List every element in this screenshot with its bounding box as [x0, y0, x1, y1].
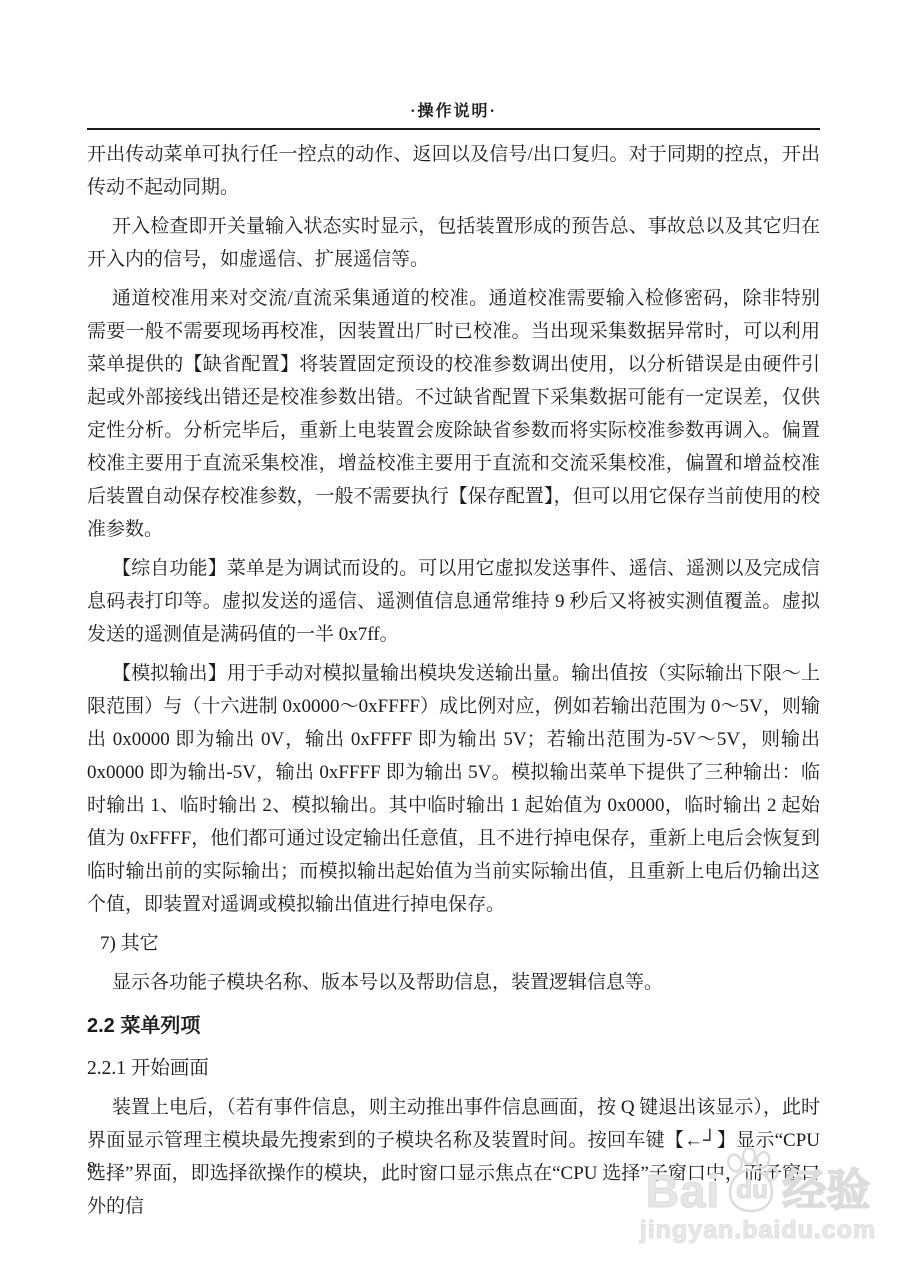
page-content: ·操作说明· 开出传动菜单可执行任一控点的动作、返回以及信号/出口复归。对于同期… [87, 98, 820, 1223]
watermark-url: jingyan.baidu.com [638, 1216, 878, 1245]
paragraph-continuation: 开出传动菜单可执行任一控点的动作、返回以及信号/出口复归。对于同期的控点，开出传… [87, 138, 820, 204]
page-header-title: ·操作说明· [87, 98, 820, 130]
document-page: ·操作说明· 开出传动菜单可执行任一控点的动作、返回以及信号/出口复归。对于同期… [0, 0, 904, 1280]
document-body: 开出传动菜单可执行任一控点的动作、返回以及信号/出口复归。对于同期的控点，开出传… [87, 138, 820, 1223]
page-number: 8 [87, 1158, 96, 1178]
paragraph-analog-output: 【模拟输出】用于手动对模拟量输出模块发送输出量。输出值按（实际输出下限～上限范围… [87, 657, 820, 921]
baidu-paw-icon: du [722, 1148, 780, 1214]
paragraph-kairu-check: 开入检查即开关量输入状态实时显示，包括装置形成的预告总、事故总以及其它归在开入内… [87, 210, 820, 276]
section-heading-2-2-1: 2.2.1 开始画面 [87, 1052, 820, 1085]
baidu-jingyan-watermark: Bai du 经验 jingyan.baidu.com [638, 1148, 878, 1245]
paragraph-channel-calibration: 通道校准用来对交流/直流采集通道的校准。通道校准需要输入检修密码，除非特别需要一… [87, 282, 820, 546]
paragraph-zongzi-function: 【综自功能】菜单是为调试而设的。可以用它虚拟发送事件、遥信、遥测以及完成信息码表… [87, 552, 820, 651]
watermark-text-jingyan: 经验 [782, 1168, 870, 1214]
list-item-7-other: 7) 其它 [87, 927, 820, 960]
watermark-text-bai: Bai [646, 1168, 721, 1214]
watermark-text-du: du [736, 1174, 768, 1205]
paragraph-other-description: 显示各功能子模块名称、版本号以及帮助信息，装置逻辑信息等。 [87, 966, 820, 999]
watermark-logo-row: Bai du 经验 [638, 1148, 878, 1214]
section-heading-2-2: 2.2 菜单列项 [87, 1010, 820, 1043]
